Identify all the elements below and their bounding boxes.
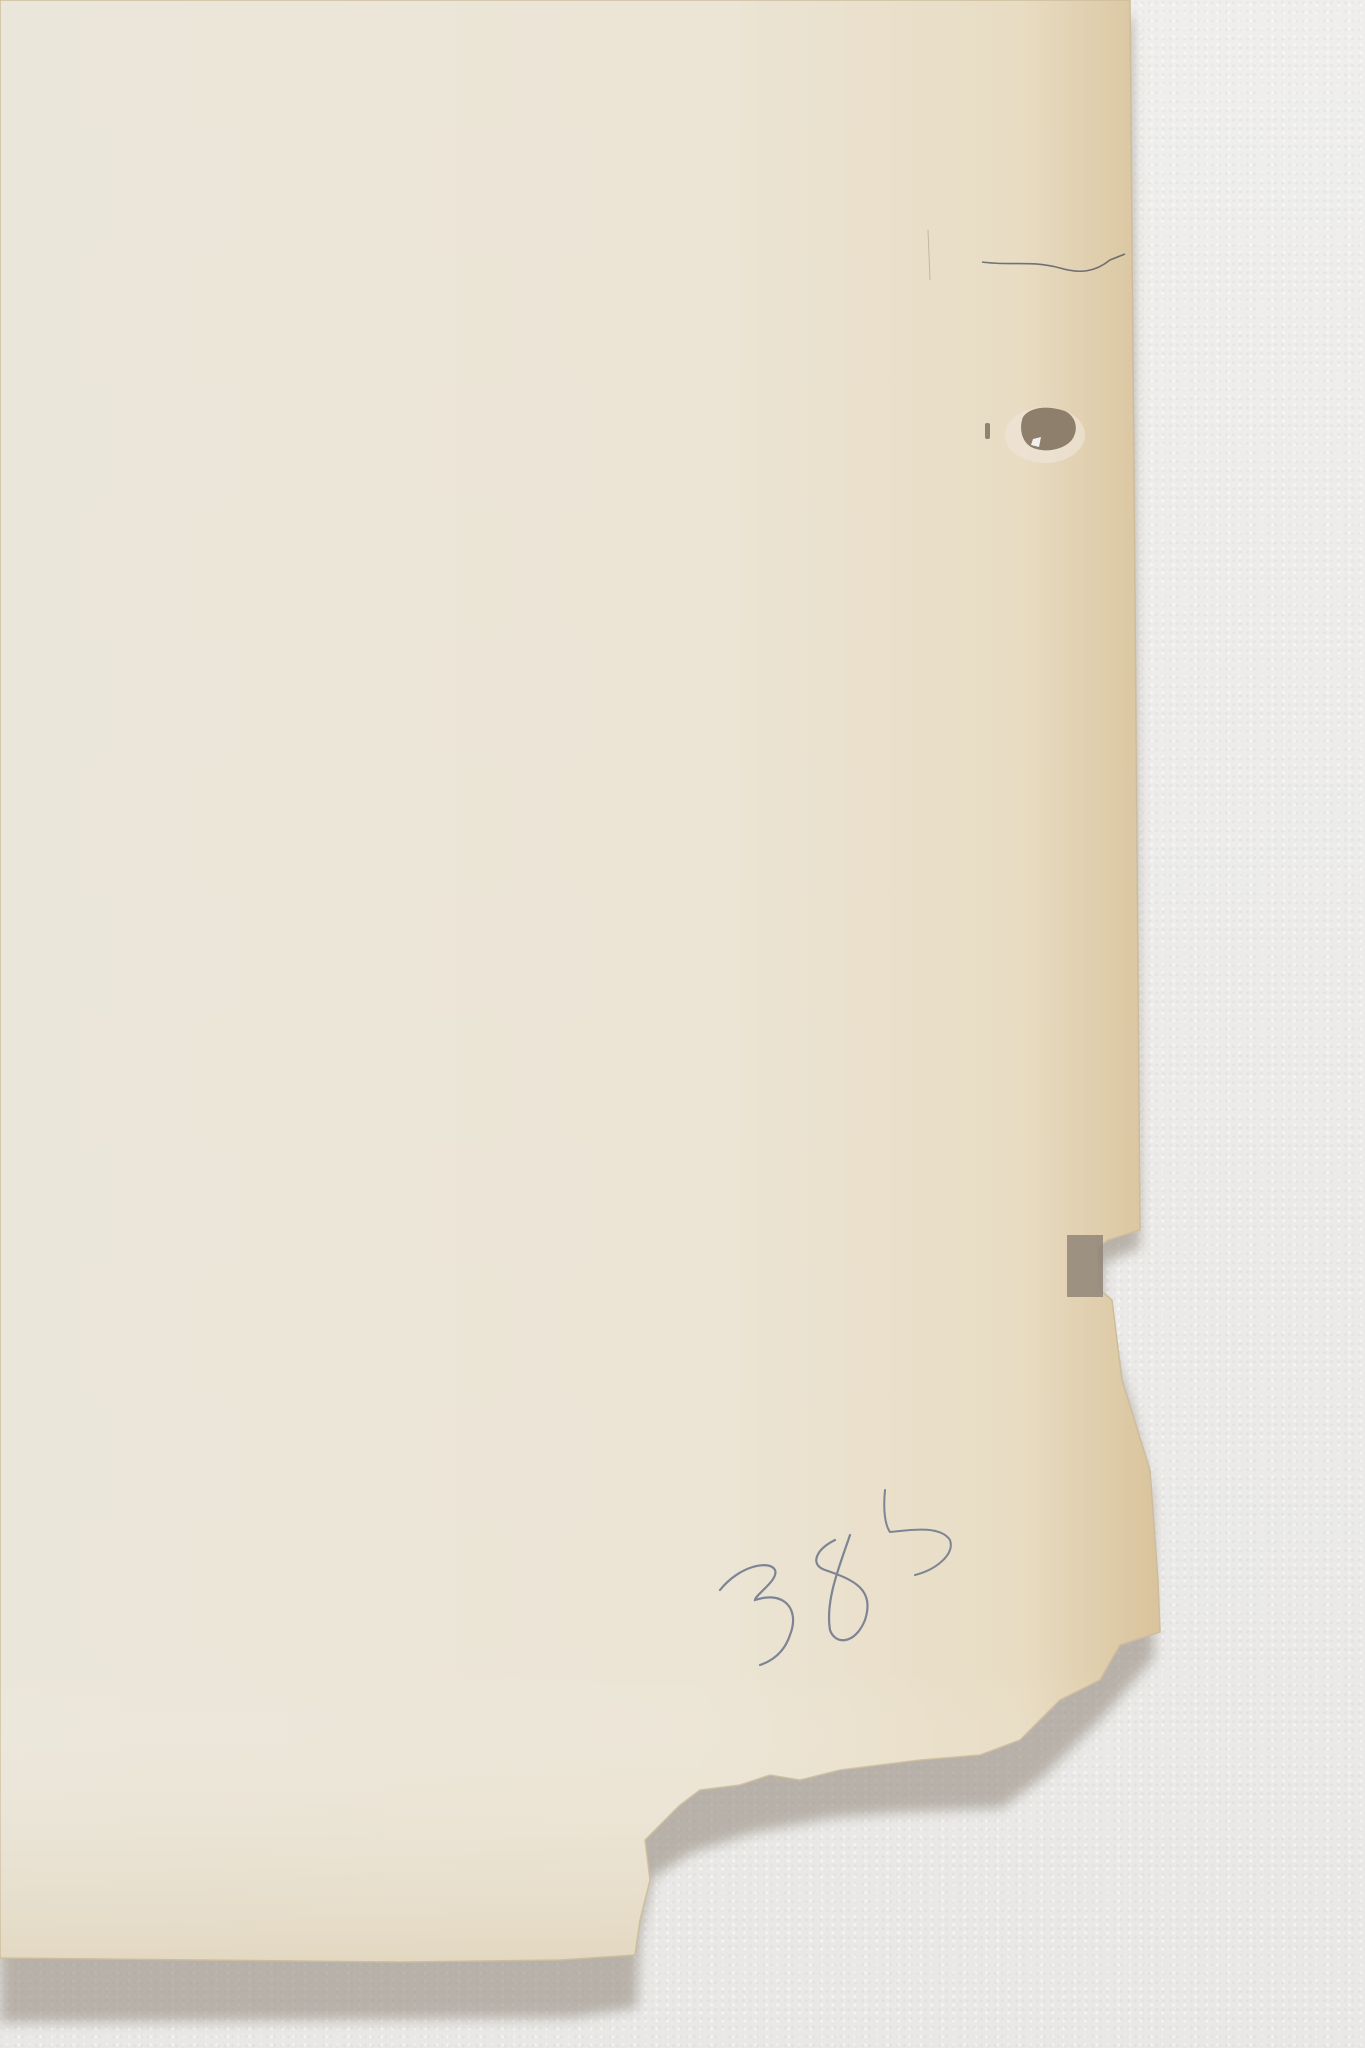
aged-paper-sheet (0, 0, 1365, 2048)
wall-gap (1067, 1235, 1103, 1297)
handwritten-385 (715, 1470, 975, 1670)
punched-hole (975, 395, 1095, 485)
hairline-crack (920, 230, 1140, 290)
